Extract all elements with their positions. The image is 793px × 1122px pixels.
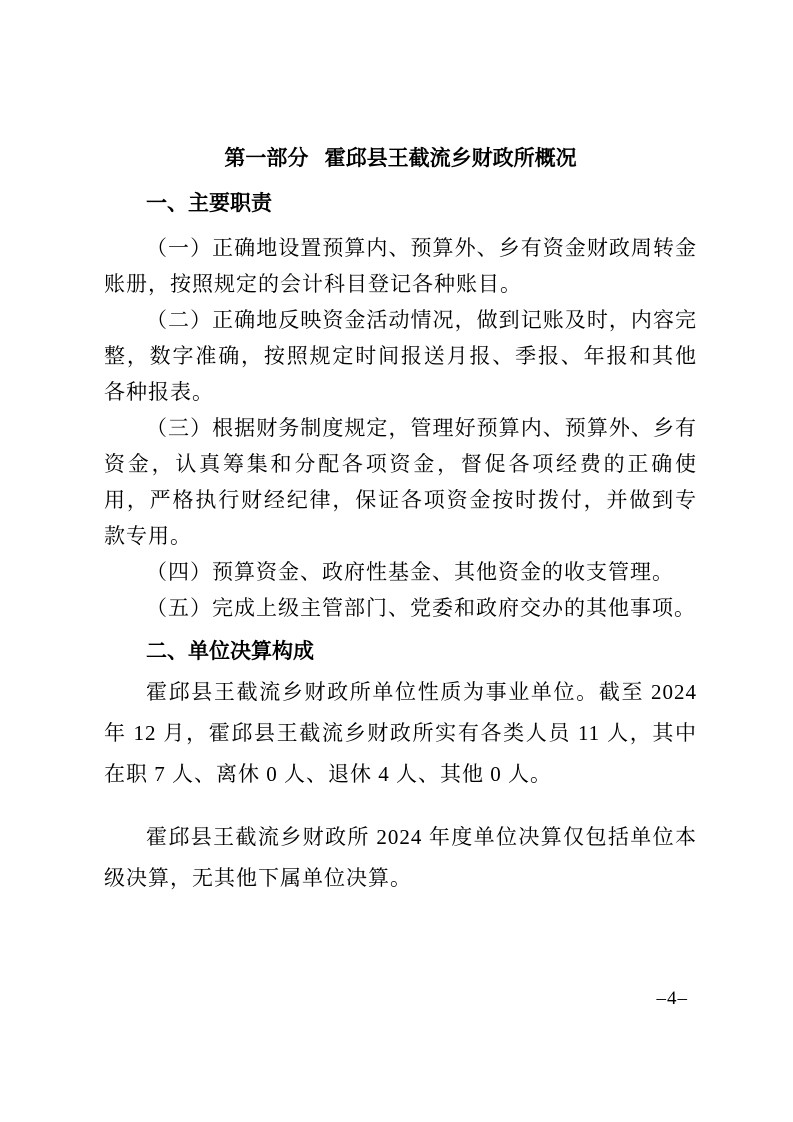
paragraph-unit-composition: 霍邱县王截流乡财政所单位性质为事业单位。截至 2024 年 12 月，霍邱县王截… xyxy=(104,672,697,795)
paragraph-duty-2: （二）正确地反映资金活动情况，做到记账及时，内容完整，数字准确，按照规定时间报送… xyxy=(104,302,697,410)
paragraph-duty-5: （五）完成上级主管部门、党委和政府交办的其他事项。 xyxy=(104,590,697,626)
paragraph-duty-1: （一）正确地设置预算内、预算外、乡有资金财政周转金账册，按照规定的会计科目登记各… xyxy=(104,230,697,302)
heading-main-duties: 一、主要职责 xyxy=(104,190,697,218)
heading-unit-final-accounts: 二、单位决算构成 xyxy=(104,638,697,666)
paragraph-duty-4: （四）预算资金、政府性基金、其他资金的收支管理。 xyxy=(104,554,697,590)
paragraph-duty-3: （三）根据财务制度规定，管理好预算内、预算外、乡有资金，认真筹集和分配各项资金，… xyxy=(104,410,697,554)
paragraph-unit-scope: 霍邱县王截流乡财政所 2024 年度单位决算仅包括单位本级决算，无其他下属单位决… xyxy=(104,817,697,899)
page-number: –4– xyxy=(657,988,689,1010)
a4-document-page: 第一部分 霍邱县王截流乡财政所概况 一、主要职责 （一）正确地设置预算内、预算外… xyxy=(0,0,793,1122)
document-part-title: 第一部分 霍邱县王截流乡财政所概况 xyxy=(104,144,697,174)
